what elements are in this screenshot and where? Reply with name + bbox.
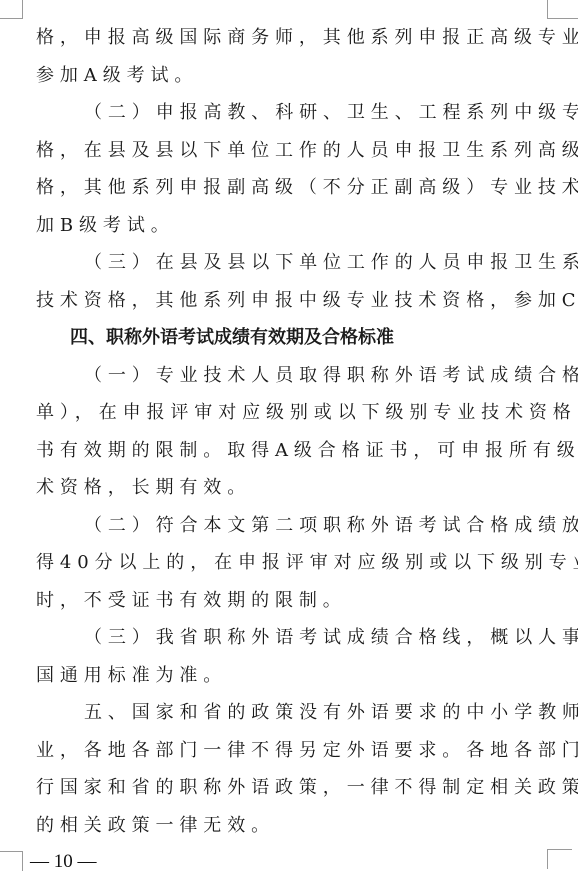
crop-mark-bottom-left	[0, 851, 23, 871]
text-line: 业，各地各部门一律不得另定外语要求。各地各部门必须严格执	[36, 739, 546, 777]
crop-mark-top-left	[0, 0, 23, 19]
text-line: 格，其他系列申报副高级（不分正副高级）专业技术资格，参	[36, 176, 546, 214]
document-body: 格，申报高级国际商务师，其他系列申报正高级专业技术资格， 参加A级考试。 （二）…	[36, 26, 546, 851]
paragraph-start-line: （一）专业技术人员取得职称外语考试成绩合格证书（成绩	[36, 364, 546, 402]
text-line: 得40分以上的，在申报评审对应级别或以下级别专业技术资格	[36, 551, 546, 589]
text-line: 书有效期的限制。取得A级合格证书，可申报所有级别专业技	[36, 439, 546, 477]
page-number: — 10 —	[30, 851, 97, 873]
paragraph-start-line: 五、国家和省的政策没有外语要求的中小学教师等系列或专	[36, 701, 546, 739]
text-line: 格，在县及县以下单位工作的人员申报卫生系列高级专业技术资	[36, 139, 546, 177]
text-line: 的相关政策一律无效。	[36, 814, 546, 852]
text-line: 参加A级考试。	[36, 64, 546, 102]
text-line: 时，不受证书有效期的限制。	[36, 589, 546, 627]
section-heading: 四、职称外语考试成绩有效期及合格标准	[36, 326, 546, 364]
text-line: 行国家和省的职称外语政策，一律不得制定相关政策，自行制定	[36, 776, 546, 814]
text-line: 术资格，长期有效。	[36, 476, 546, 514]
paragraph-start-line: （三）在县及县以下单位工作的人员申报卫生系列中级专业	[36, 251, 546, 289]
crop-mark-bottom-right	[547, 849, 572, 869]
text-line: 技术资格，其他系列申报中级专业技术资格，参加C级考试。	[36, 289, 546, 327]
crop-mark-top-right	[547, 0, 578, 19]
paragraph-start-line: （三）我省职称外语考试成绩合格线，概以人事部公布的全	[36, 626, 546, 664]
text-line: 国通用标准为准。	[36, 664, 546, 702]
text-line: 加B级考试。	[36, 214, 546, 252]
paragraph-start-line: （二）申报高教、科研、卫生、工程系列中级专业技术资	[36, 101, 546, 139]
text-line: 单），在申报评审对应级别或以下级别专业技术资格时，不受证	[36, 401, 546, 439]
paragraph-start-line: （二）符合本文第二项职称外语考试合格成绩放宽条件，取	[36, 514, 546, 552]
text-line: 格，申报高级国际商务师，其他系列申报正高级专业技术资格，	[36, 26, 546, 64]
